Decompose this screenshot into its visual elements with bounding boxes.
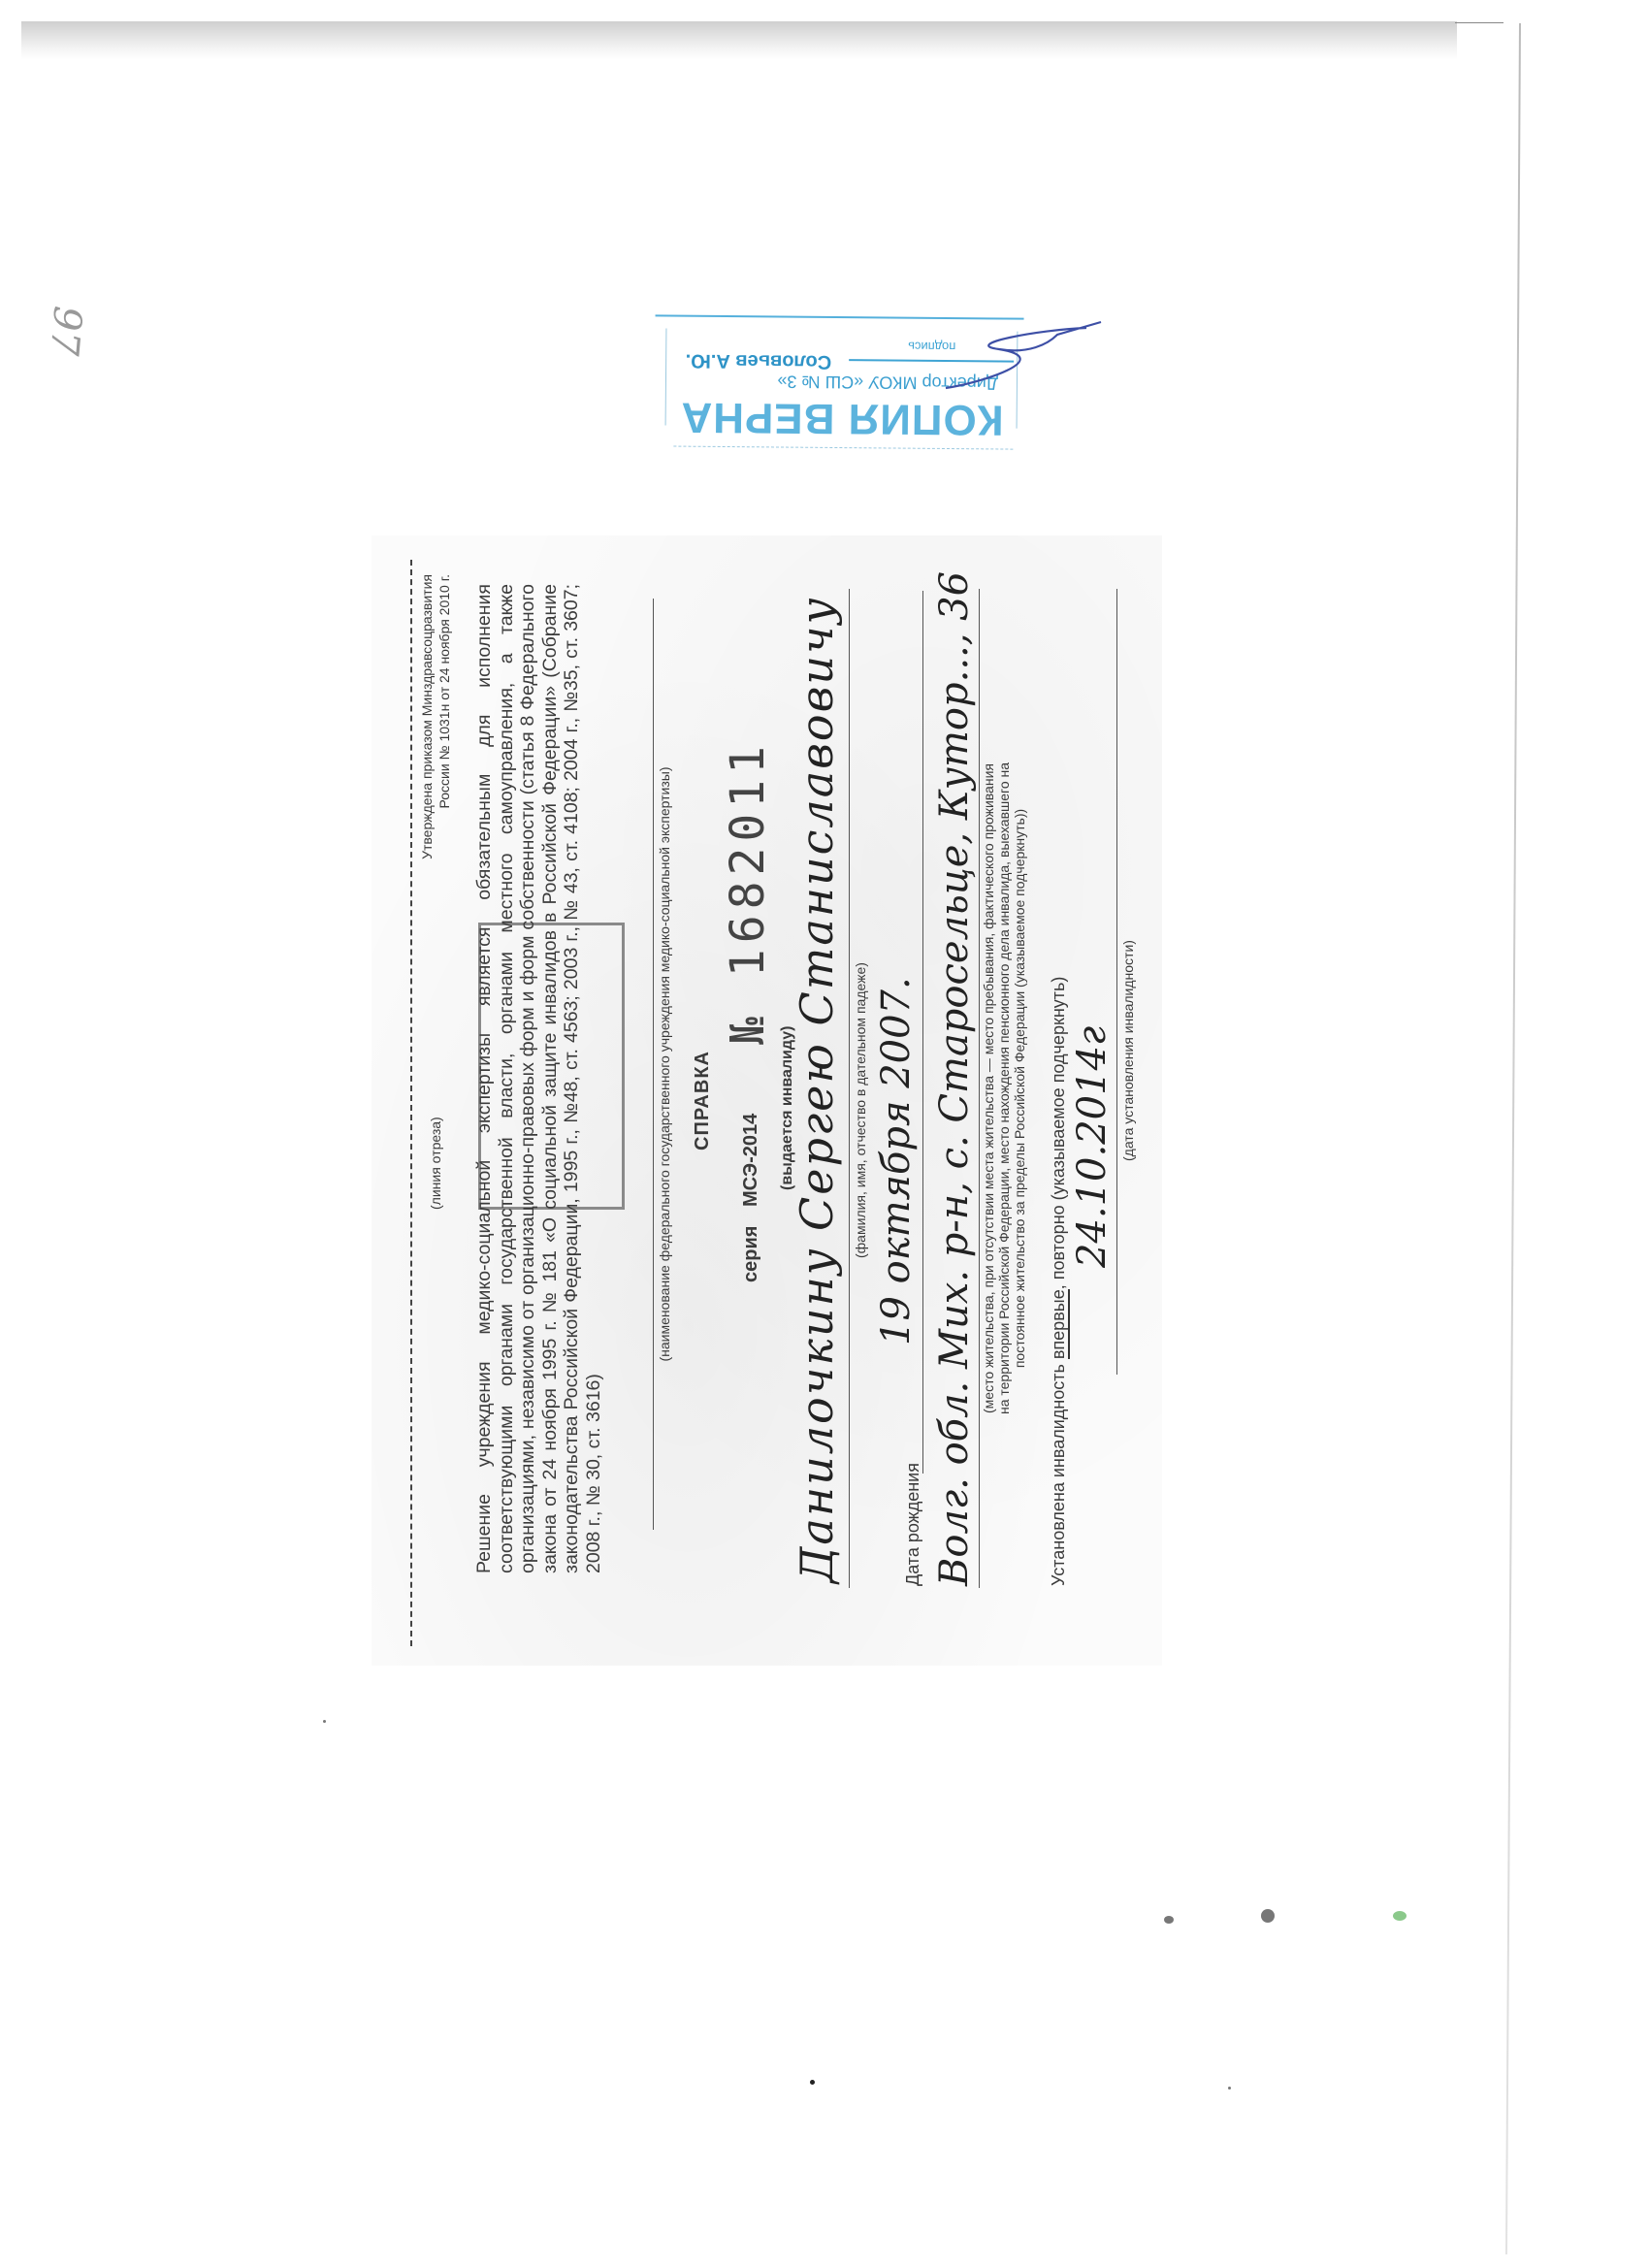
holder-name-caption: (фамилия, имя, отчество в дательном паде…	[853, 962, 868, 1258]
scan-speck	[1393, 1911, 1406, 1921]
field-line	[1116, 589, 1117, 1375]
address-caption-line: постоянное жительство за пределы Российс…	[1012, 603, 1027, 1573]
certificate-rotated: (линия отреза) Утверждена приказом Минзд…	[372, 535, 1162, 1666]
certificate-title: СПРАВКА	[692, 535, 714, 1666]
disability-certificate: (линия отреза) Утверждена приказом Минзд…	[372, 535, 1162, 1666]
scan-speck	[1261, 1909, 1275, 1923]
holder-name-value: Данилочкину Сергею Станиславовичу	[791, 597, 843, 1583]
approval-note: Утверждена приказом Минздравсоцразвития …	[418, 574, 453, 982]
page-edge	[1455, 22, 1503, 23]
stamp-title: КОПИЯ ВЕРНА	[680, 393, 1004, 444]
established-first-underlined: впервые	[1049, 1289, 1070, 1359]
disability-established: Установлена инвалидность впервые, повтор…	[1049, 977, 1069, 1586]
established-suffix: , повторно (указываемое подчеркнуть)	[1049, 977, 1068, 1290]
legal-preamble: Решение учреждения медико-социальной экс…	[473, 584, 604, 1573]
signature-icon	[941, 320, 1106, 398]
address-caption-line: на территории Российской Федерации, мест…	[996, 603, 1012, 1573]
approval-line: Утверждена приказом Минздравсоцразвития	[418, 574, 436, 982]
approval-line: России № 1031н от 24 ноября 2010 г.	[436, 574, 453, 982]
field-line	[653, 599, 654, 1530]
field-line	[849, 589, 850, 1588]
handwritten-page-number: 97	[41, 305, 89, 358]
cut-line-label: (линия отреза)	[428, 1117, 443, 1210]
stamp-border	[673, 446, 1013, 450]
series-label: серия	[740, 1226, 761, 1282]
address-caption: (место жительства, при отсутствии места …	[981, 603, 1027, 1573]
scan-speck	[1164, 1916, 1174, 1924]
established-prefix: Установлена инвалидность	[1049, 1359, 1068, 1586]
address-value: Волг. обл. Мих. р-н, с. Старосельце, Кут…	[932, 571, 977, 1586]
certificate-number: № 1682011	[721, 740, 775, 1045]
scan-speck	[810, 2080, 815, 2085]
dob-label: Дата рождения	[903, 1463, 923, 1586]
field-line	[979, 589, 980, 1588]
scan-shadow	[21, 21, 1457, 60]
cut-line	[410, 560, 412, 1646]
established-date-value: 24.10.2014г	[1070, 1026, 1115, 1268]
series-value: МСЭ-2014	[740, 1114, 761, 1207]
scan-speck	[323, 1720, 326, 1723]
address-caption-line: (место жительства, при отсутствии места …	[981, 603, 996, 1573]
scan-speck	[1228, 2087, 1231, 2090]
dob-value: 19 октября 2007.	[874, 977, 919, 1345]
series-row: серия МСЭ-2014	[740, 1114, 762, 1282]
institution-caption: (наименование федерального государственн…	[657, 599, 672, 1530]
stamp-border	[656, 314, 1024, 319]
field-line	[922, 591, 923, 1474]
stamp-signer-name: Соловьев А.Ю.	[685, 349, 831, 373]
stamp-border	[665, 328, 667, 425]
page-edge	[1505, 23, 1521, 2254]
established-date-caption: (дата установления инвалидности)	[1120, 940, 1136, 1161]
